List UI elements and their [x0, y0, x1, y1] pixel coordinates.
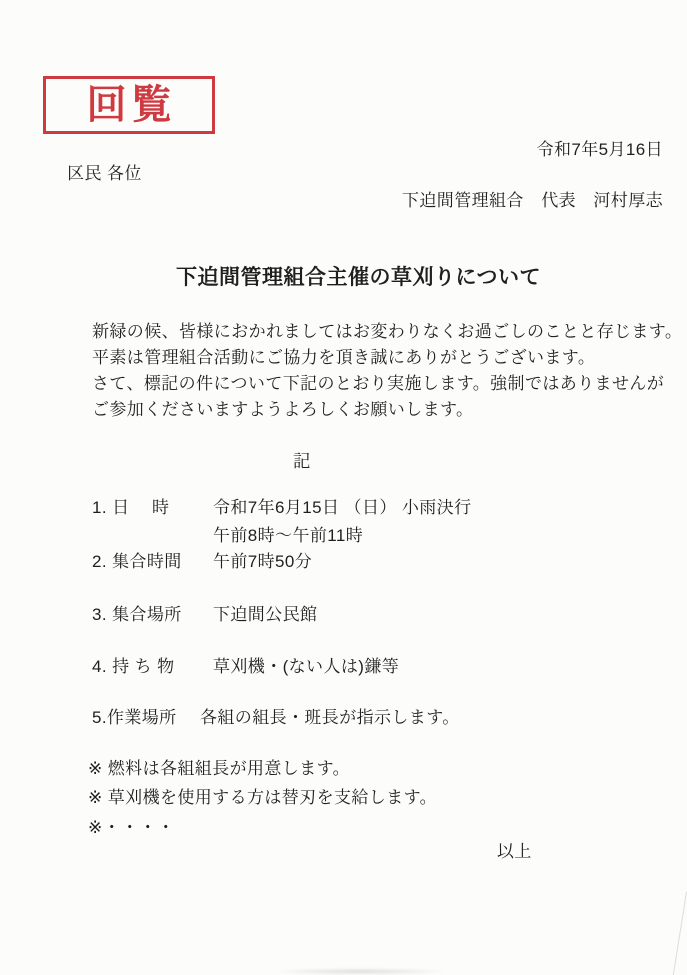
item-datetime-value-line2: 午前8時～午前11時 — [213, 521, 363, 546]
item-belongings-label: 4. 持 ち 物 — [92, 652, 213, 677]
item-work-area: 5.作業場所各組の組長・班長が指示します。 — [92, 703, 460, 728]
record-marker: 記 — [293, 448, 311, 473]
closing-ijou: 以上 — [497, 837, 532, 862]
body-line-3: さて、標記の件について下記のとおり実施します。強制ではありませんが — [92, 371, 572, 397]
item-work-area-label: 5.作業場所 — [92, 703, 200, 728]
body-line-1: 新緑の候、皆様におかれましてはお変わりなくお過ごしのことと存じます。 — [92, 319, 572, 345]
note-fuel: ※ 燃料は各組組長が用意します。 — [88, 754, 350, 779]
item-datetime-label: 1. 日 時 — [92, 493, 213, 518]
item-meeting-place-value: 下迫間公民館 — [213, 605, 317, 624]
scan-edge-artifact — [672, 891, 687, 975]
scan-smudge-artifact — [270, 968, 450, 975]
item-meeting-time: 2. 集合時間午前7時50分 — [92, 547, 312, 572]
greeting-paragraph: 新緑の候、皆様におかれましてはお変わりなくお過ごしのことと存じます。 平素は管理… — [92, 319, 572, 423]
note-ellipsis: ※・・・・ — [88, 813, 175, 838]
scanned-notice-page: 回覧 令和7年5月16日 区民 各位 下迫間管理組合 代表 河村厚志 下迫間管理… — [0, 0, 687, 975]
document-title: 下迫間管理組合主催の草刈りについて — [15, 261, 687, 291]
recipient-line: 区民 各位 — [67, 159, 142, 184]
issued-date: 令和7年5月16日 — [537, 135, 663, 160]
item-datetime: 1. 日 時令和7年6月15日 （日） 小雨決行 — [92, 493, 471, 518]
item-meeting-time-label: 2. 集合時間 — [92, 547, 213, 572]
item-work-area-value: 各組の組長・班長が指示します。 — [200, 708, 460, 727]
item-meeting-place: 3. 集合場所下迫間公民館 — [92, 600, 317, 625]
item-belongings-value: 草刈機・(ない人は)鎌等 — [213, 657, 399, 676]
item-meeting-place-label: 3. 集合場所 — [92, 600, 213, 625]
kairan-stamp-text: 回覧 — [82, 85, 177, 125]
note-blade: ※ 草刈機を使用する方は替刃を支給します。 — [88, 783, 437, 808]
sender-line: 下迫間管理組合 代表 河村厚志 — [402, 186, 663, 211]
body-line-2: 平素は管理組合活動にご協力を頂き誠にありがとうございます。 — [92, 345, 572, 371]
item-meeting-time-value: 午前7時50分 — [213, 552, 312, 571]
body-line-4: ご参加くださいますようよろしくお願いします。 — [92, 397, 572, 423]
item-datetime-value: 令和7年6月15日 （日） 小雨決行 — [213, 498, 471, 517]
kairan-stamp-box: 回覧 — [43, 76, 215, 134]
item-belongings: 4. 持 ち 物草刈機・(ない人は)鎌等 — [92, 652, 399, 677]
